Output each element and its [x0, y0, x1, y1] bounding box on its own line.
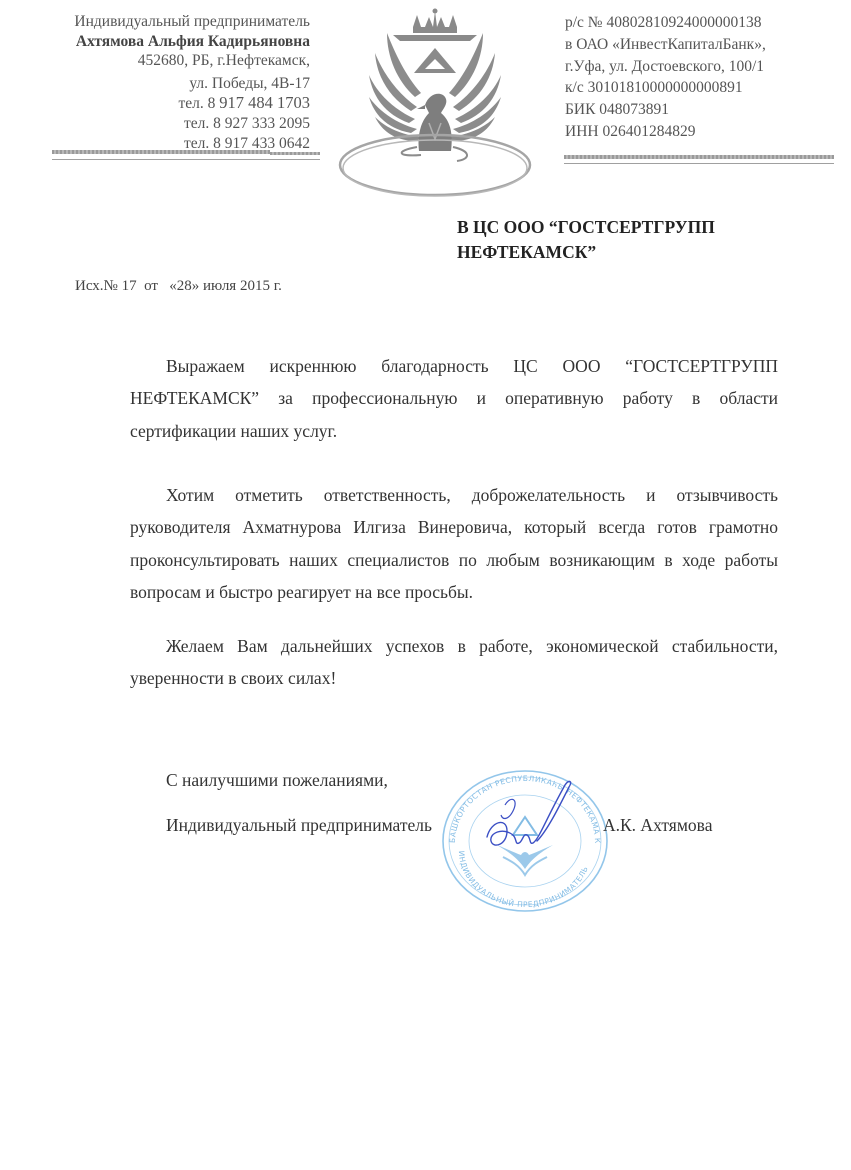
body-paragraph-1: Выражаем искреннюю благодарность ЦС ООО …: [130, 350, 778, 447]
correspondent-account: к/с 30101810000000000891: [565, 77, 835, 99]
outgoing-reference: Исх.№ 17 от «28» июля 2015 г.: [75, 278, 282, 295]
sender-phone-2: тел. 8 927 333 2095: [40, 114, 310, 134]
sender-phone-1: тел. 8 917 484 1703: [40, 93, 310, 114]
header-rule-left: [52, 150, 270, 154]
addressee: В ЦС ООО “ГОСТСЕРТГРУПП НЕФТЕКАМСК”: [457, 215, 817, 265]
body-paragraph-3: Желаем Вам дальнейших успехов в работе, …: [130, 630, 778, 695]
inn: ИНН 026401284829: [565, 121, 835, 143]
sender-title: Индивидуальный предприниматель: [40, 12, 310, 32]
sender-address-line2: ул. Победы, 4В-17: [40, 74, 310, 94]
bank-name: в ОАО «ИнвестКапиталБанк»,: [565, 34, 835, 56]
letterhead-bank-block: р/с № 40802810924000000138 в ОАО «Инвест…: [565, 12, 835, 143]
sender-name: Ахтямова Альфия Кадирьяновна: [40, 32, 310, 52]
header-rule-right-thin: [564, 163, 834, 164]
sender-address-line1: 452680, РБ, г.Нефтекамск,: [40, 51, 310, 71]
bank-address: г.Уфа, ул. Достоевского, 100/1: [565, 56, 835, 78]
bank-account: р/с № 40802810924000000138: [565, 12, 835, 34]
svg-text:БАШКОРТОСТАН РЕСПУБЛИКАҺЫ НЕФТ: БАШКОРТОСТАН РЕСПУБЛИКАҺЫ НЕФТЕКАМА КАЛА…: [437, 765, 602, 844]
signer-role: Индивидуальный предприниматель: [166, 815, 432, 836]
signer-name: А.К. Ахтямова: [603, 815, 712, 836]
griffin-crest-logo-icon: [325, 5, 545, 205]
closing-phrase: С наилучшими пожеланиями,: [166, 770, 388, 791]
addressee-line1: В ЦС ООО “ГОСТСЕРТГРУПП: [457, 215, 817, 240]
bik: БИК 048073891: [565, 99, 835, 121]
addressee-line2: НЕФТЕКАМСК”: [457, 240, 817, 265]
body-paragraph-2: Хотим отметить ответственность, доброжел…: [130, 479, 778, 608]
official-stamp-icon: БАШКОРТОСТАН РЕСПУБЛИКАҺЫ НЕФТЕКАМА КАЛА…: [437, 765, 612, 913]
header-rule-left-thin: [52, 159, 320, 160]
letterhead-sender-block: Индивидуальный предприниматель Ахтямова …: [40, 12, 310, 153]
header-rule-left-tail: [270, 152, 320, 155]
header-rule-right: [564, 155, 834, 159]
